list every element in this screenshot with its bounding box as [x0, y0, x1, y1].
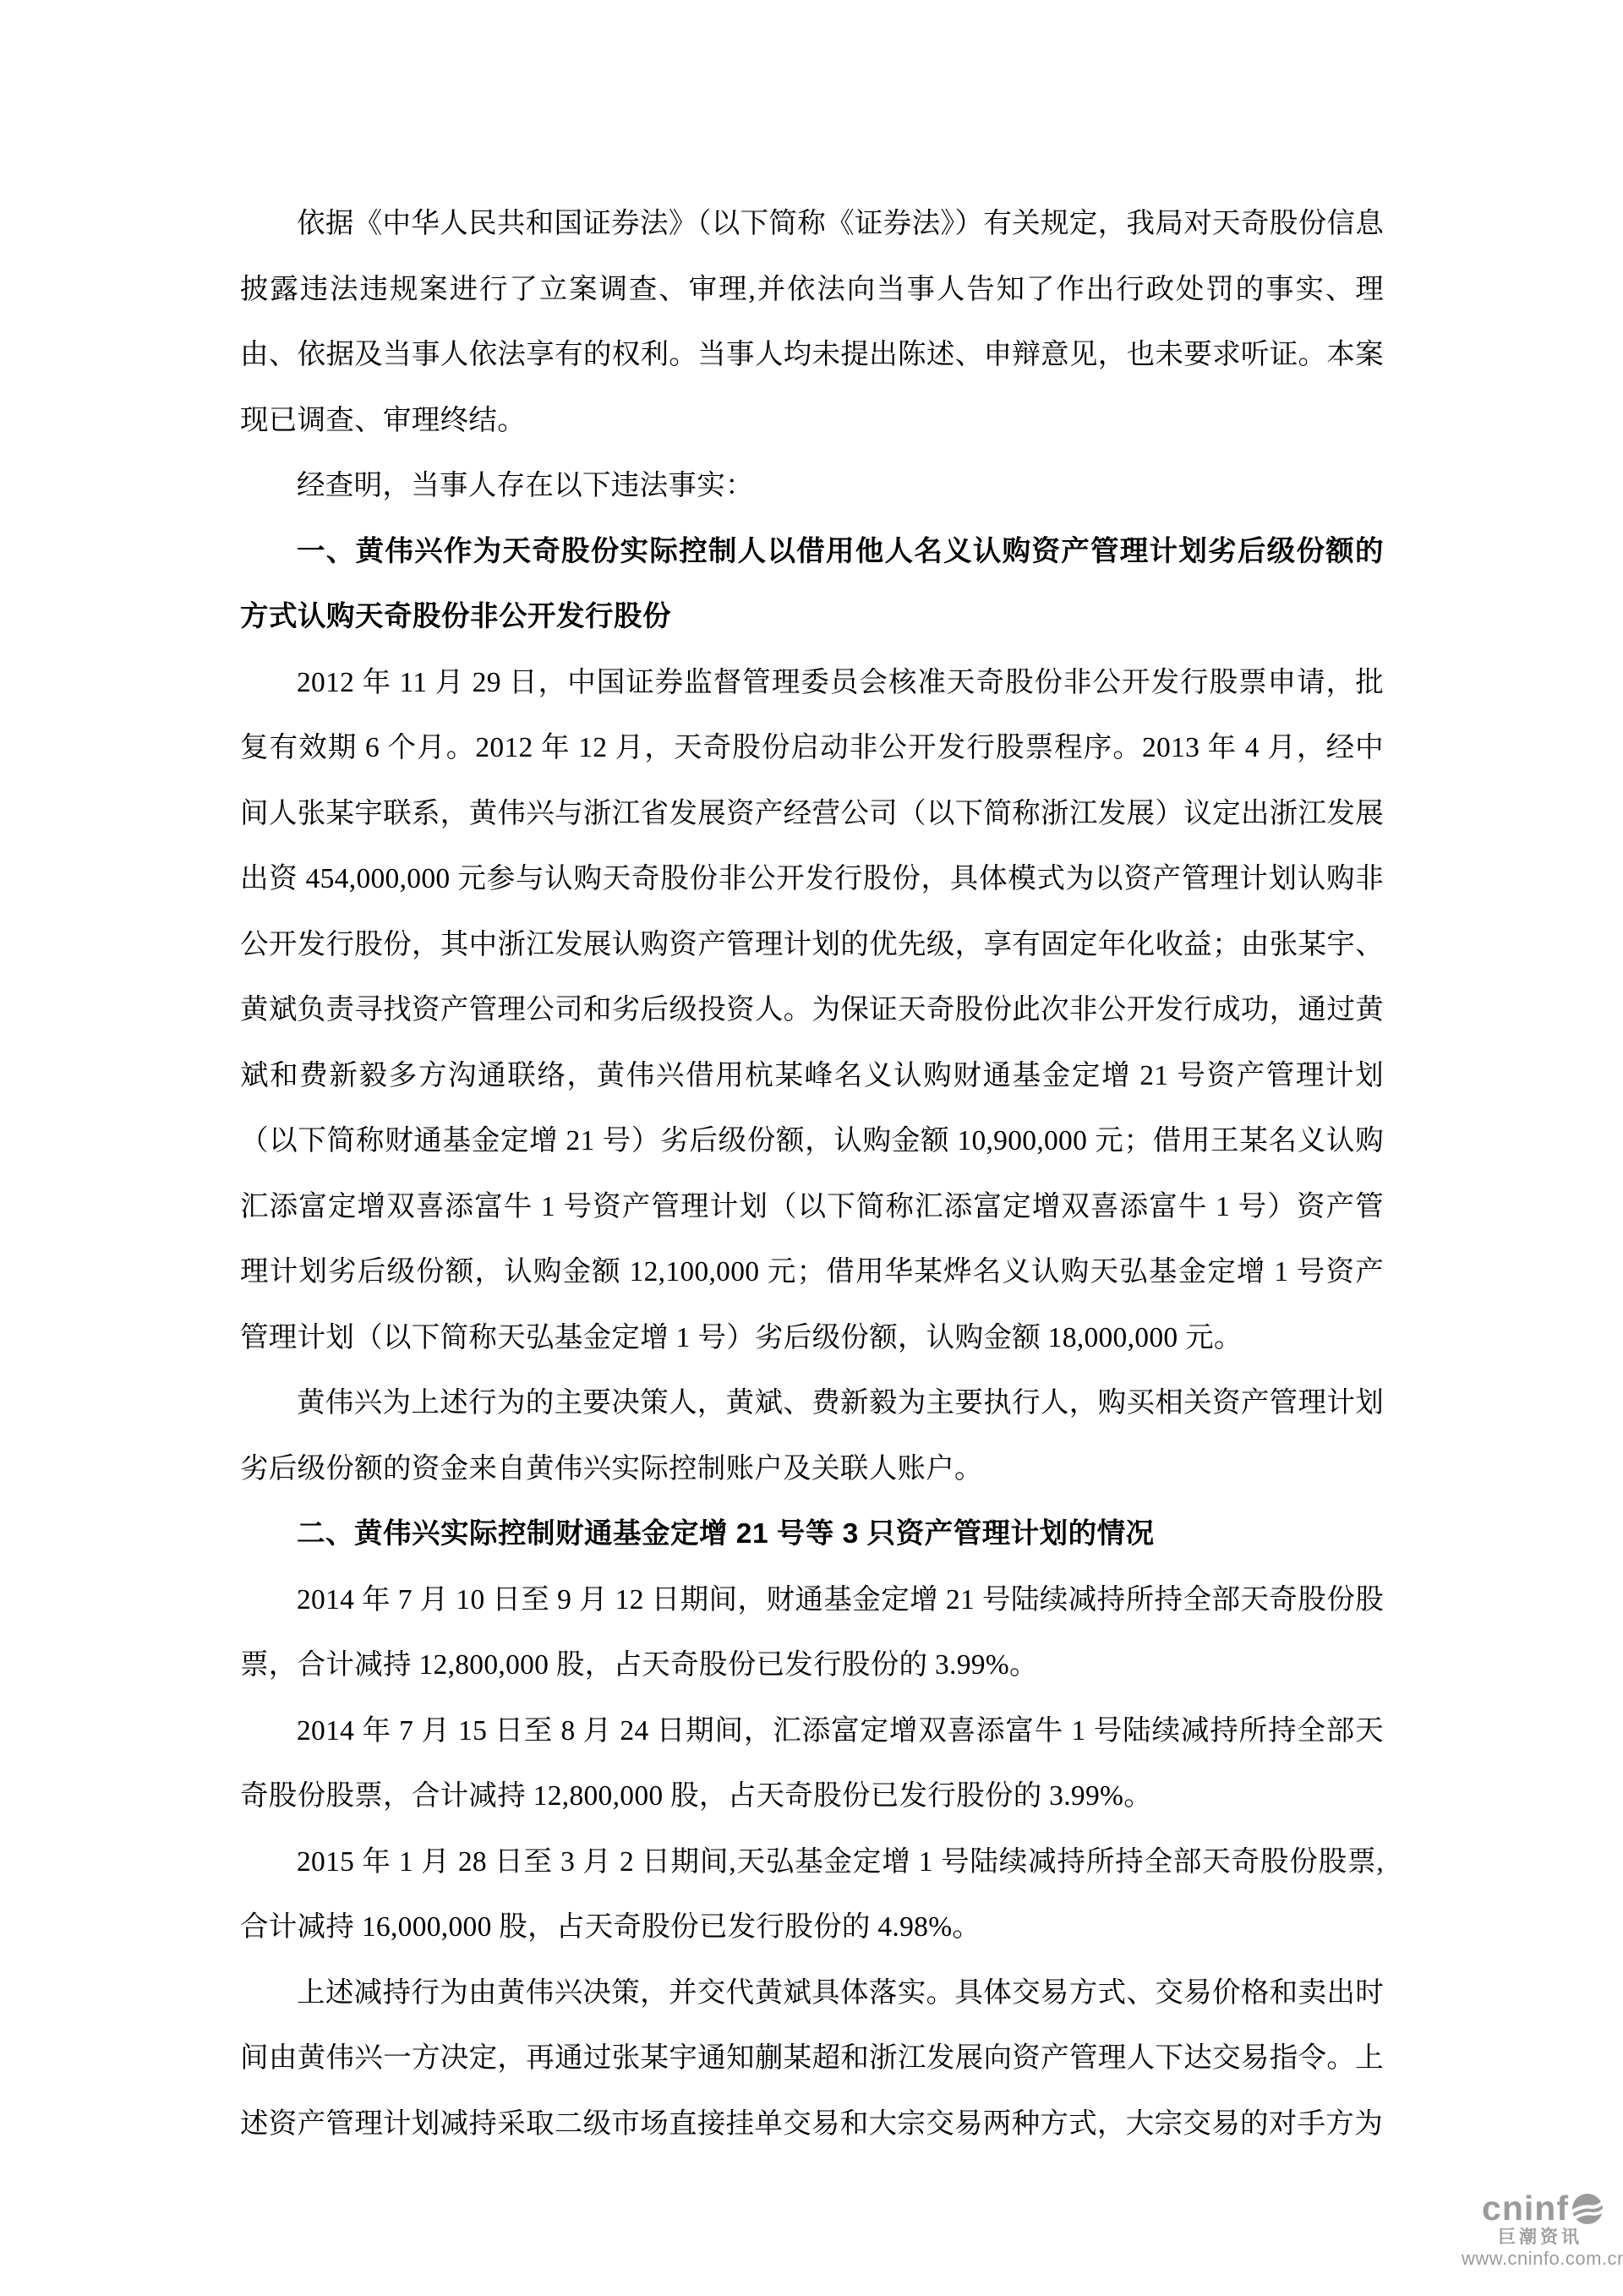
section-heading: 二、黄伟兴实际控制财通基金定增 21 号等 3 只资产管理计划的情况	[240, 1501, 1384, 1567]
paragraph: 黄伟兴为上述行为的主要决策人，黄斌、费新毅为主要执行人，购买相关资产管理计划劣后…	[240, 1370, 1384, 1501]
paragraph: 2015 年 1 月 28 日至 3 月 2 日期间,天弘基金定增 1 号陆续减…	[240, 1829, 1384, 1960]
paragraph: 经查明，当事人存在以下违法事实：	[240, 453, 1384, 519]
paragraph: 2012 年 11 月 29 日，中国证券监督管理委员会核准天奇股份非公开发行股…	[240, 650, 1384, 1371]
paragraph: 2014 年 7 月 15 日至 8 月 24 日期间，汇添富定增双喜添富牛 1…	[240, 1698, 1384, 1829]
globe-swoosh-icon	[1571, 2193, 1604, 2225]
cninfo-logo-chinese-label: 巨潮资讯	[1462, 2228, 1615, 2246]
paragraph: 依据《中华人民共和国证券法》（以下简称《证券法》）有关规定，我局对天奇股份信息披…	[240, 191, 1384, 453]
section-heading: 一、黄伟兴作为天奇股份实际控制人以借用他人名义认购资产管理计划劣后级份额的方式认…	[240, 519, 1384, 650]
document-body: 依据《中华人民共和国证券法》（以下简称《证券法》）有关规定，我局对天奇股份信息披…	[240, 191, 1384, 2157]
cninfo-logo-text: cninf	[1482, 2191, 1569, 2226]
document-page: 依据《中华人民共和国证券法》（以下简称《证券法》）有关规定，我局对天奇股份信息披…	[0, 0, 1623, 2296]
paragraph: 上述减持行为由黄伟兴决策，并交代黄斌具体落实。具体交易方式、交易价格和卖出时间由…	[240, 1960, 1384, 2157]
cninfo-watermark: cninf 巨潮资讯 www.cninfo.com.cn	[1462, 2191, 1615, 2268]
cninfo-logo: cninf	[1470, 2191, 1615, 2226]
cninfo-website-url: www.cninfo.com.cn	[1462, 2250, 1615, 2268]
paragraph: 2014 年 7 月 10 日至 9 月 12 日期间，财通基金定增 21 号陆…	[240, 1567, 1384, 1698]
